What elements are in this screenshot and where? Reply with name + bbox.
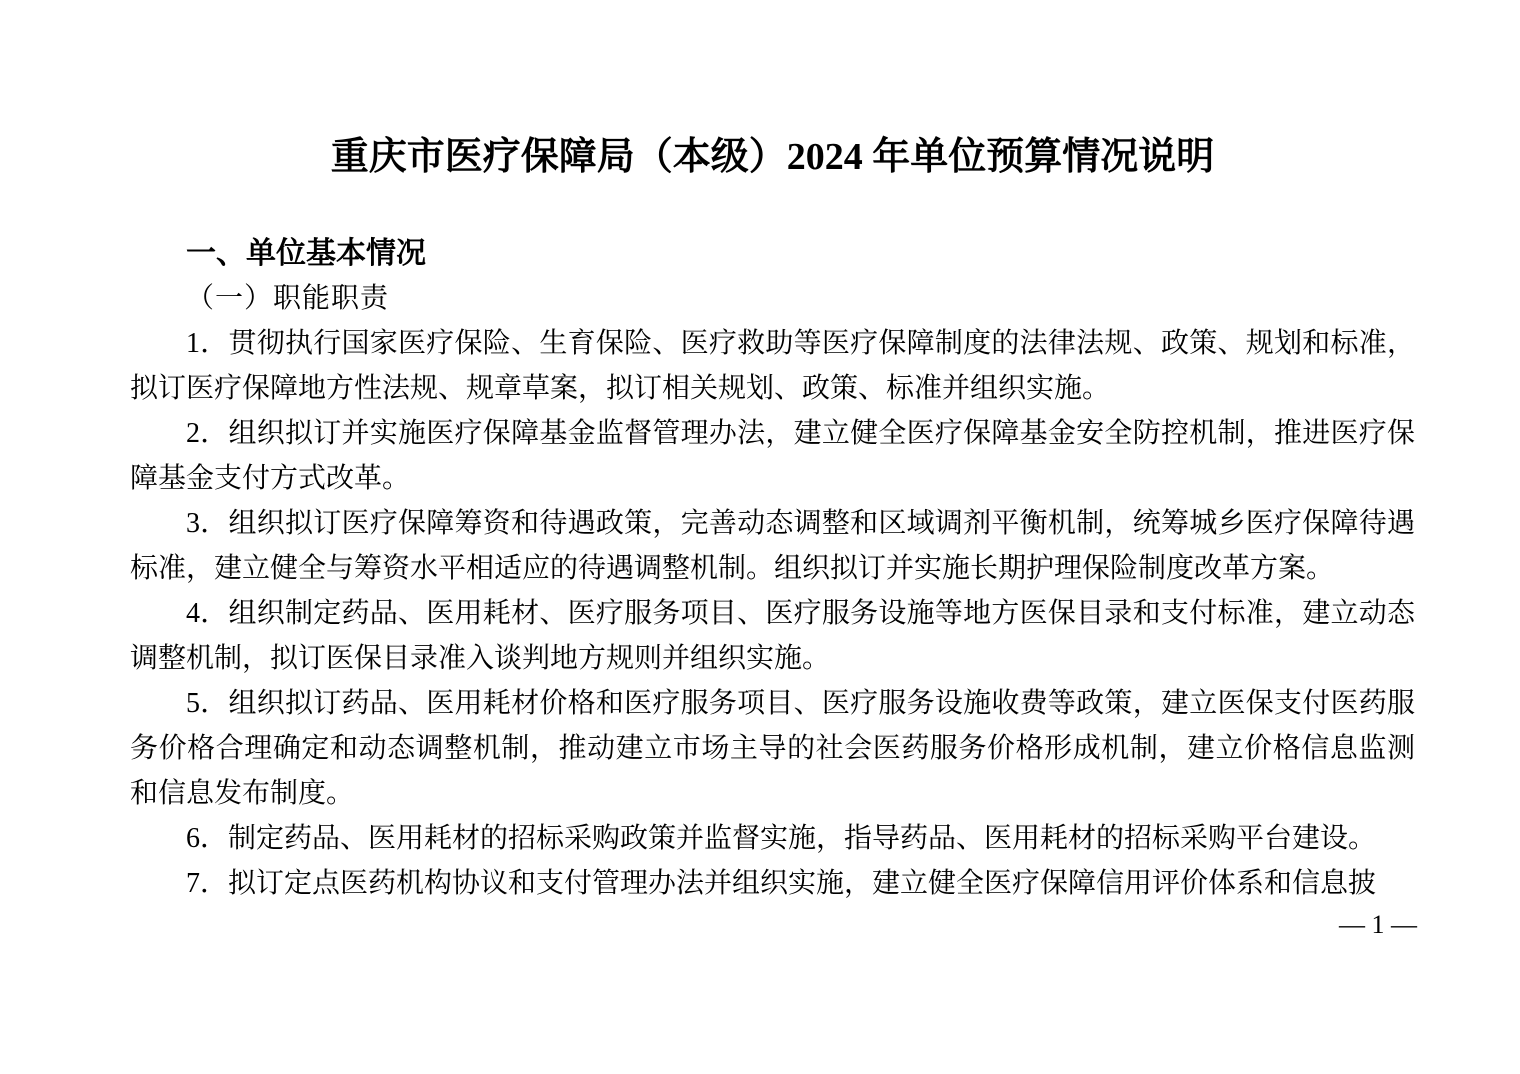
paragraph-list: 1．贯彻执行国家医疗保险、生育保险、医疗救助等医疗保障制度的法律法规、政策、规划…	[130, 321, 1415, 906]
document-content: 重庆市医疗保障局（本级）2024 年单位预算情况说明 一、单位基本情况 （一）职…	[0, 0, 1520, 906]
document-page: 重庆市医疗保障局（本级）2024 年单位预算情况说明 一、单位基本情况 （一）职…	[0, 0, 1520, 1074]
document-title: 重庆市医疗保障局（本级）2024 年单位预算情况说明	[130, 0, 1415, 184]
subsection-heading-duties: （一）职能职责	[130, 276, 1415, 321]
body-paragraph: 4．组织制定药品、医用耗材、医疗服务项目、医疗服务设施等地方医保目录和支付标准，…	[130, 591, 1415, 681]
body-paragraph: 1．贯彻执行国家医疗保险、生育保险、医疗救助等医疗保障制度的法律法规、政策、规划…	[130, 321, 1415, 411]
section-heading-unit-basic-info: 一、单位基本情况	[130, 231, 1415, 276]
body-paragraph: 3．组织拟订医疗保障筹资和待遇政策，完善动态调整和区域调剂平衡机制，统筹城乡医疗…	[130, 501, 1415, 591]
body-paragraph: 5．组织拟订药品、医用耗材价格和医疗服务项目、医疗服务设施收费等政策，建立医保支…	[130, 681, 1415, 816]
body-paragraph: 7．拟订定点医药机构协议和支付管理办法并组织实施，建立健全医疗保障信用评价体系和…	[130, 861, 1415, 906]
body-paragraph: 6．制定药品、医用耗材的招标采购政策并监督实施，指导药品、医用耗材的招标采购平台…	[130, 816, 1415, 861]
body-paragraph: 2．组织拟订并实施医疗保障基金监督管理办法，建立健全医疗保障基金安全防控机制，推…	[130, 411, 1415, 501]
page-number: — 1 —	[1339, 908, 1417, 942]
